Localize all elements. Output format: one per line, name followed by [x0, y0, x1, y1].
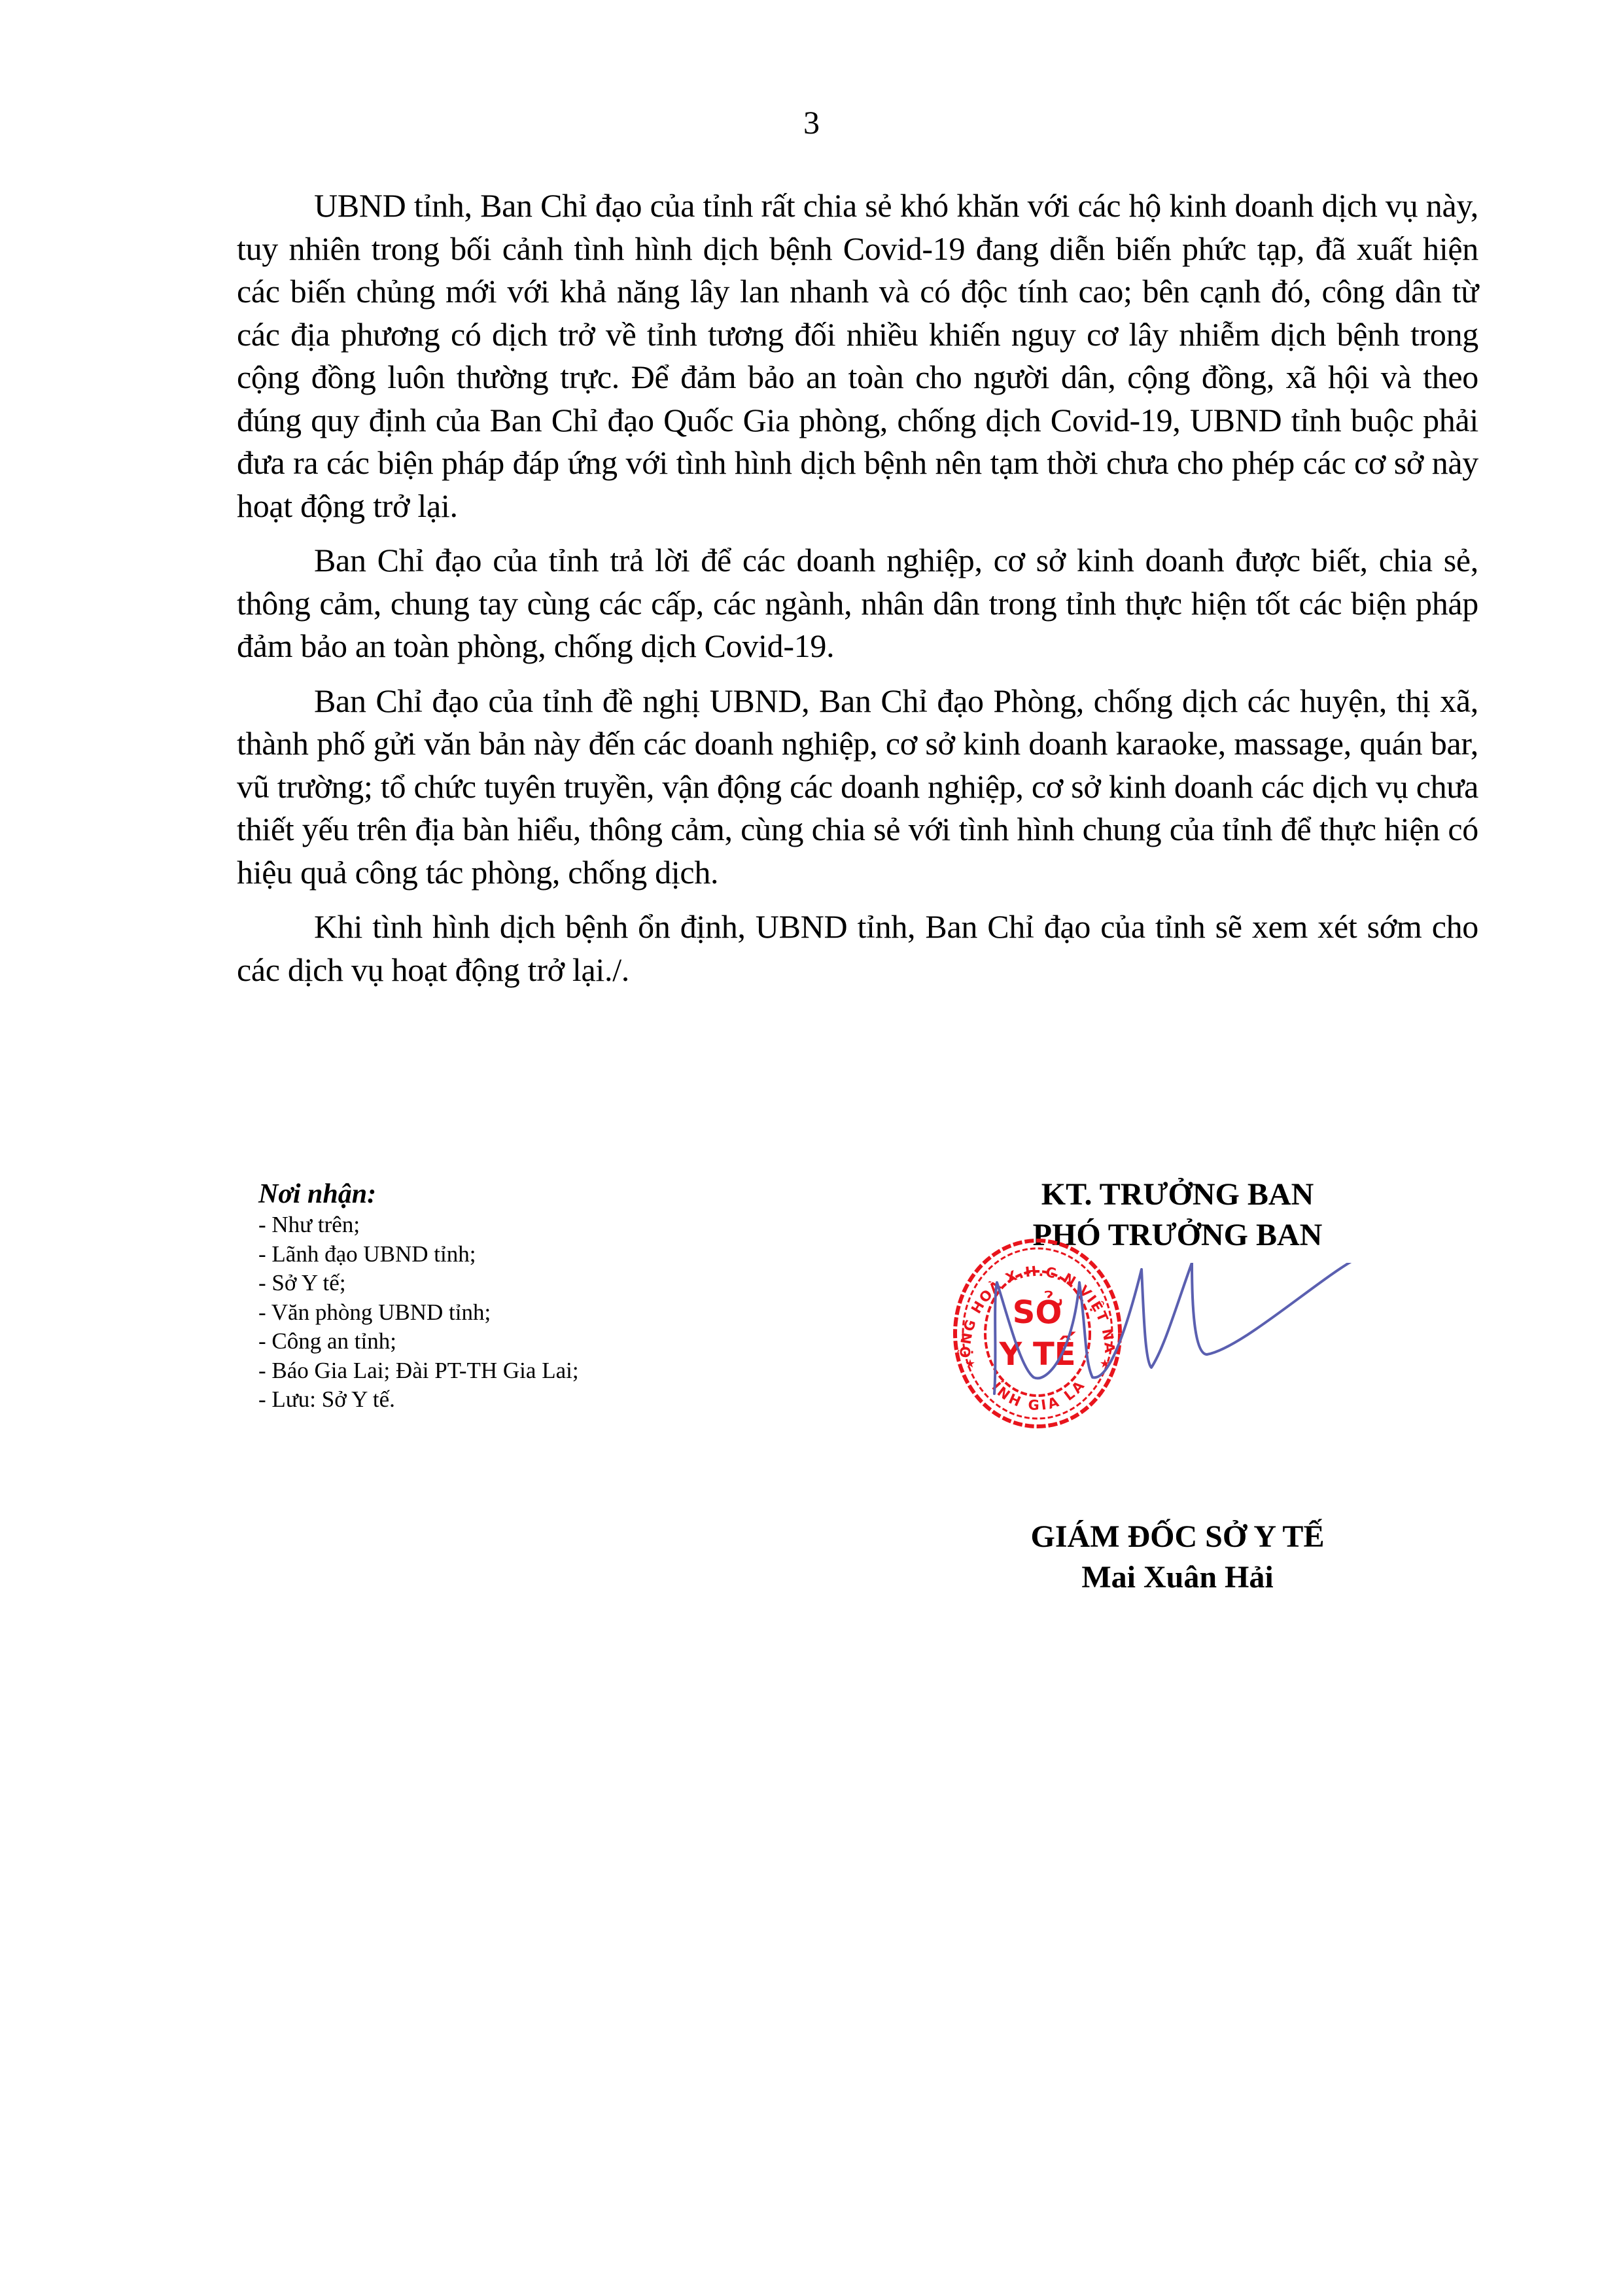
- recipient-item: - Lưu: Sở Y tế.: [258, 1385, 847, 1415]
- paragraph: Khi tình hình dịch bệnh ổn định, UBND tỉ…: [237, 906, 1478, 991]
- signer-block: GIÁM ĐỐC SỞ Y TẾ Mai Xuân Hải: [909, 1517, 1446, 1598]
- recipient-item: - Sở Y tế;: [258, 1269, 847, 1298]
- paragraph: Ban Chỉ đạo của tỉnh đề nghị UBND, Ban C…: [237, 680, 1478, 894]
- recipients-list: Nơi nhận: - Như trên; - Lãnh đạo UBND tỉ…: [258, 1178, 847, 1415]
- paragraph: UBND tỉnh, Ban Chỉ đạo của tỉnh rất chia…: [237, 185, 1478, 527]
- recipients-title: Nơi nhận:: [258, 1178, 847, 1210]
- document-body: UBND tỉnh, Ban Chỉ đạo của tỉnh rất chia…: [237, 185, 1478, 1003]
- recipient-item: - Lãnh đạo UBND tỉnh;: [258, 1240, 847, 1269]
- paragraph: Ban Chỉ đạo của tỉnh trả lời để các doan…: [237, 539, 1478, 668]
- signature-line-1: KT. TRƯỞNG BAN: [909, 1174, 1446, 1215]
- handwritten-signature-icon: [981, 1263, 1439, 1407]
- svg-text:★: ★: [965, 1357, 975, 1370]
- recipient-item: - Văn phòng UBND tỉnh;: [258, 1298, 847, 1328]
- signer-position: GIÁM ĐỐC SỞ Y TẾ: [909, 1517, 1446, 1557]
- page-number: 3: [0, 103, 1623, 141]
- recipient-item: - Công an tỉnh;: [258, 1327, 847, 1356]
- recipient-item: - Báo Gia Lai; Đài PT-TH Gia Lai;: [258, 1356, 847, 1386]
- recipient-item: - Như trên;: [258, 1210, 847, 1240]
- signer-name: Mai Xuân Hải: [909, 1557, 1446, 1598]
